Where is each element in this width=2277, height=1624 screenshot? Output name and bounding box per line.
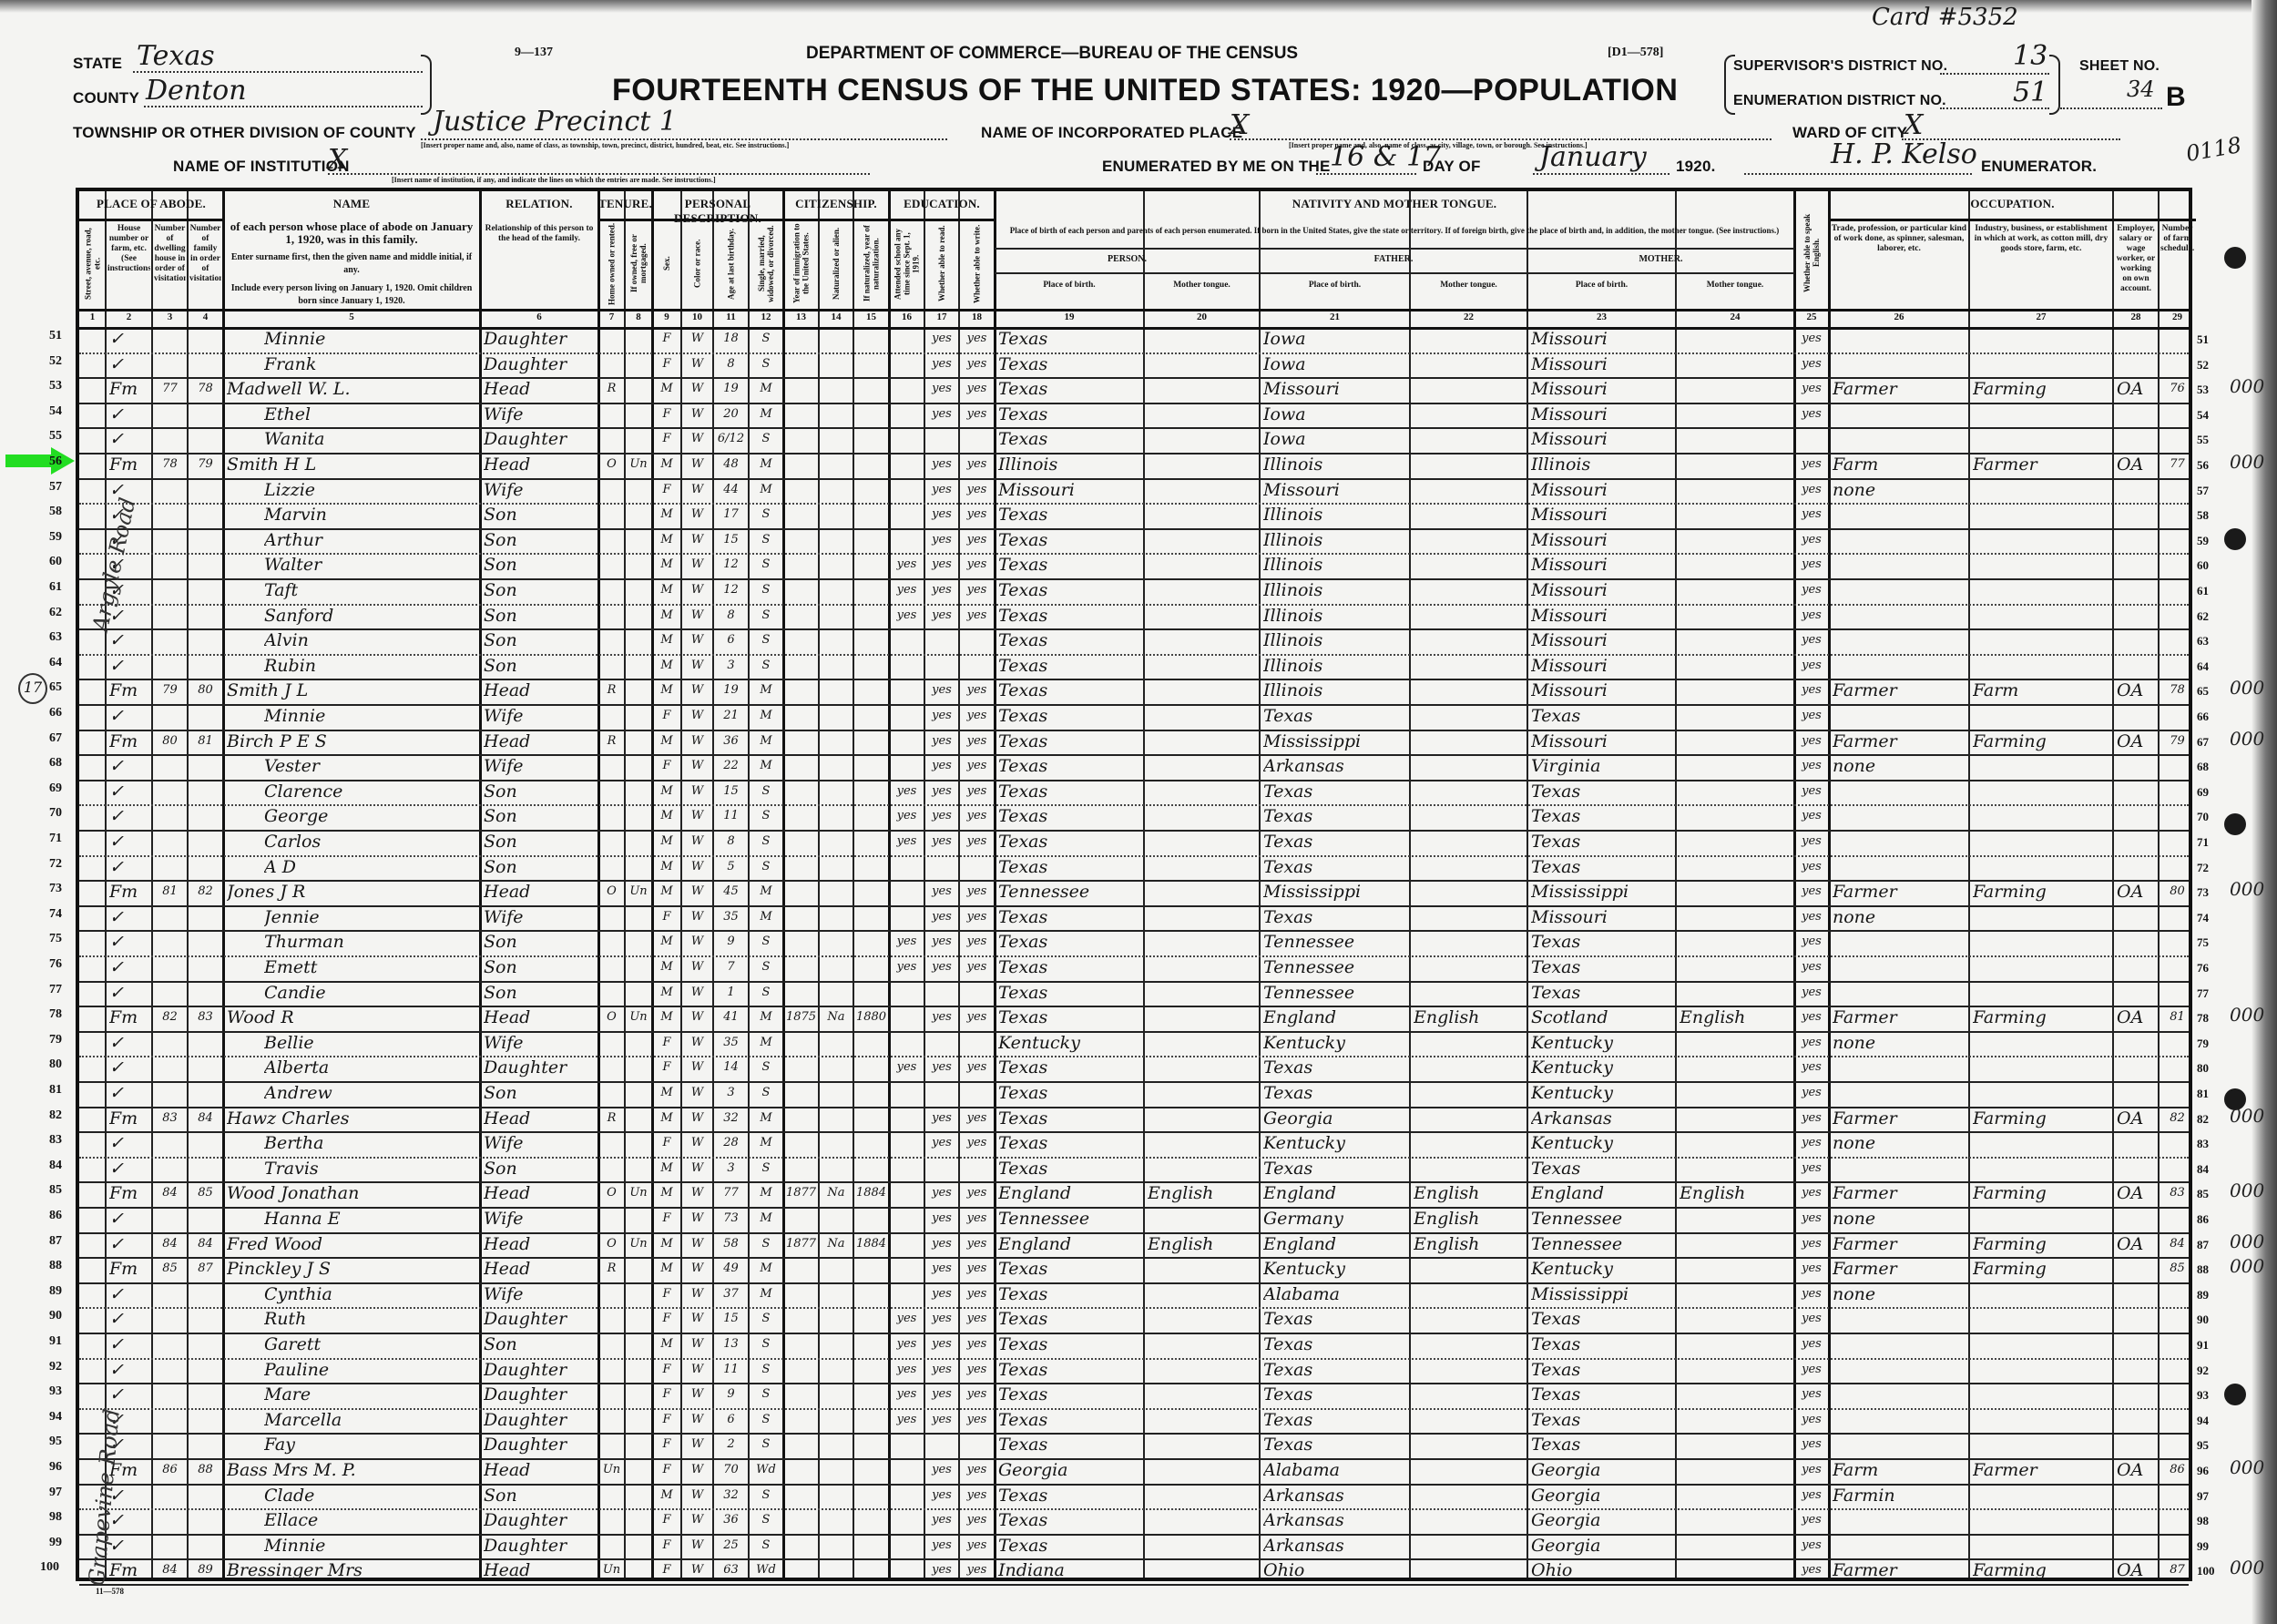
cell-sch: yes (889, 780, 924, 803)
table-row[interactable]: ✓EllaceDaughterFW36SyesyesTexasArkansasG… (79, 1508, 2189, 1534)
table-row[interactable]: Fm8688Bass Mrs M. P.HeadUnFW70WdyesyesGe… (79, 1458, 2189, 1484)
cell-sex: M (652, 855, 681, 879)
table-row[interactable]: ✓8484Fred WoodHeadOUnMW58S1877Na1884yesy… (79, 1232, 2189, 1258)
column-header: Number of dwelling house in order of vis… (154, 224, 186, 307)
cell-eng: yes (1794, 780, 1829, 803)
cell-fpob: Alabama (1263, 1282, 1410, 1306)
cell-emp: OA (2117, 1232, 2159, 1256)
row-number-right: 93 (2197, 1388, 2209, 1403)
row-number-right: 88 (2197, 1262, 2209, 1277)
cell-fpob: Iowa (1263, 327, 1410, 351)
table-row[interactable]: ✓EmettSonMW7SyesyesyesTexasTennesseeTexa… (79, 955, 2189, 981)
cell-mar: M (749, 754, 783, 778)
cell-race: W (681, 679, 713, 702)
cell-pob: Texas (998, 427, 1144, 451)
cell-pob: England (998, 1232, 1144, 1256)
cell-mort: Un (625, 1006, 652, 1029)
column-header: Place of birth. (1261, 281, 1408, 307)
cell-mar: S (749, 855, 783, 879)
cell-race: W (681, 1408, 713, 1432)
cell-house: ✓ (109, 804, 152, 828)
cell-dwell: 79 (152, 679, 188, 702)
cell-fpob: Arkansas (1263, 1534, 1410, 1558)
cell-eng: yes (1794, 1257, 1829, 1281)
cell-pob: Indiana (998, 1558, 1144, 1582)
cell-write: yes (959, 1282, 995, 1306)
cell-rel: Daughter (484, 1408, 598, 1432)
cell-rel: Son (484, 1157, 598, 1180)
cell-mar: M (749, 1107, 783, 1130)
farm-code-note: 000 (2230, 1105, 2264, 1127)
cell-age: 70 (713, 1458, 749, 1482)
cell-house: ✓ (109, 930, 152, 954)
cell-age: 48 (713, 453, 749, 476)
table-row[interactable]: ✓FrankDaughterFW8SyesyesTexasIowaMissour… (79, 352, 2189, 378)
incorporated-value: X (1230, 109, 1249, 141)
cell-fam: 82 (188, 880, 223, 904)
row-number-right: 89 (2197, 1288, 2209, 1302)
cell-read: yes (924, 1333, 959, 1356)
cell-emp: OA (2117, 880, 2159, 904)
cell-rel: Head (484, 1181, 598, 1205)
cell-fam: 84 (188, 1232, 223, 1256)
cell-name: Bellie (264, 1031, 480, 1055)
cell-mar: S (749, 1081, 783, 1105)
table-row[interactable]: Fm7879Smith H LHeadOUnMW48MyesyesIllinoi… (79, 453, 2189, 478)
cell-fpob: Texas (1263, 1333, 1410, 1356)
cell-rel: Daughter (484, 1383, 598, 1406)
cell-farm: 80 (2159, 880, 2196, 904)
cell-pob: Texas (998, 1307, 1144, 1331)
name-instruction-sub: Include every person living on January 1… (229, 282, 475, 307)
table-row[interactable]: ✓Hanna EWifeFW73MyesyesTennesseeGermanyE… (79, 1207, 2189, 1232)
sheet-suffix: B (2166, 82, 2186, 113)
cell-ind: Farming (1973, 880, 2113, 904)
cell-mar: S (749, 628, 783, 652)
cell-fpob: Mississippi (1263, 880, 1410, 904)
cell-age: 25 (713, 1534, 749, 1558)
table-row[interactable]: ✓GarettSonMW13SyesyesyesTexasTexasTexasy… (79, 1333, 2189, 1358)
cell-trade: Farmer (1833, 1558, 1969, 1582)
table-row[interactable]: ✓MinnieDaughterFW18SyesyesTexasIowaMisso… (79, 327, 2189, 352)
column-number: 12 (749, 312, 783, 322)
row-number-left: 70 (49, 806, 62, 821)
table-row[interactable]: ✓EthelWifeFW20MyesyesTexasIowaMissouriye… (79, 403, 2189, 428)
cell-name: Rubin (264, 654, 480, 678)
cell-rel: Son (484, 553, 598, 577)
cell-eng: yes (1794, 377, 1829, 401)
table-row[interactable]: ✓AlbertaDaughterFW14SyesyesyesTexasTexas… (79, 1056, 2189, 1081)
column-header: Trade, profession, or particular kind of… (1831, 224, 1967, 307)
cell-age: 9 (713, 930, 749, 954)
cell-rel: Head (484, 880, 598, 904)
cell-mar: M (749, 1131, 783, 1155)
table-row[interactable]: Fm8283Wood RHeadOUnMW41M1875Na1880yesyes… (79, 1006, 2189, 1031)
cell-fpob: Alabama (1263, 1458, 1410, 1482)
cell-ind: Farming (1973, 1107, 2113, 1130)
cell-fpob: Georgia (1263, 1107, 1410, 1130)
cell-age: 77 (713, 1181, 749, 1205)
table-row[interactable]: ✓AlvinSonMW6STexasIllinoisMissouriyes (79, 628, 2189, 654)
cell-race: W (681, 553, 713, 577)
table-row[interactable]: Fm8182Jones J RHeadOUnMW45MyesyesTenness… (79, 880, 2189, 905)
cell-mar: S (749, 1157, 783, 1180)
table-row[interactable]: Fm8081Birch P E SHeadRMW36MyesyesTexasMi… (79, 730, 2189, 755)
row-number-right: 75 (2197, 935, 2209, 950)
cell-sex: M (652, 880, 681, 904)
cell-rel: Head (484, 377, 598, 401)
cell-house: ✓ (109, 1282, 152, 1306)
cell-pob: Texas (998, 1383, 1144, 1406)
column-header: Whether able to speak English. (1796, 200, 1827, 305)
cell-race: W (681, 503, 713, 526)
column-header: Age at last birthday. (715, 222, 747, 305)
cell-pob: Georgia (998, 1458, 1144, 1482)
table-row[interactable]: ✓BerthaWifeFW28MyesyesTexasKentuckyKentu… (79, 1131, 2189, 1157)
table-row[interactable]: ✓MarcellaDaughterFW6SyesyesyesTexasTexas… (79, 1408, 2189, 1434)
column-number: 3 (152, 312, 188, 322)
cell-name: Wood R (227, 1006, 480, 1029)
cell-pob: Texas (998, 1333, 1144, 1356)
row-number-right: 73 (2197, 885, 2209, 900)
cell-imm: 1875 (783, 1006, 819, 1029)
cell-name: Minnie (264, 1534, 480, 1558)
row-number-right: 51 (2197, 332, 2209, 347)
cell-trade: none (1833, 1131, 1969, 1155)
row-number-left: 71 (49, 832, 62, 846)
cell-home: O (598, 880, 625, 904)
cell-write: yes (959, 352, 995, 376)
cell-house: ✓ (109, 1031, 152, 1055)
cell-mpob: Georgia (1531, 1508, 1676, 1532)
cell-write: yes (959, 1131, 995, 1155)
table-row[interactable]: ✓CladeSonMW32SyesyesTexasArkansasGeorgia… (79, 1484, 2189, 1509)
table-row[interactable]: ✓JennieWifeFW35MyesyesTexasTexasMissouri… (79, 905, 2189, 931)
column-number: 13 (783, 312, 819, 322)
cell-sex: M (652, 503, 681, 526)
cell-fpob: Arkansas (1263, 1508, 1410, 1532)
cell-trade: none (1833, 754, 1969, 778)
table-row[interactable]: ✓CarlosSonMW8SyesyesyesTexasTexasTexasye… (79, 830, 2189, 855)
table-row[interactable]: ✓A DSonMW5STexasTexasTexasyes (79, 855, 2189, 881)
cell-emp: OA (2117, 1006, 2159, 1029)
cell-age: 36 (713, 730, 749, 753)
cell-mpob: Kentucky (1531, 1081, 1676, 1105)
cell-pob: Texas (998, 1107, 1144, 1130)
cell-name: Candie (264, 981, 480, 1005)
table-row[interactable]: Fm7980Smith J LHeadRMW19MyesyesTexasIlli… (79, 679, 2189, 704)
table-row[interactable]: ✓FayDaughterFW2STexasTexasTexasyes (79, 1433, 2189, 1458)
cell-mar: M (749, 679, 783, 702)
table-row[interactable]: ✓WalterSonMW12SyesyesyesTexasIllinoisMis… (79, 553, 2189, 578)
cell-mpob: Texas (1531, 1358, 1676, 1382)
cell-write: yes (959, 1534, 995, 1558)
cell-name: Fred Wood (227, 1232, 480, 1256)
cell-mpob: Scotland (1531, 1006, 1676, 1029)
cell-age: 35 (713, 1031, 749, 1055)
cell-nat: Na (819, 1181, 853, 1205)
cell-trade: Farmer (1833, 1232, 1969, 1256)
cell-rel: Daughter (484, 1433, 598, 1456)
table-row[interactable]: ✓CynthiaWifeFW37MyesyesTexasAlabamaMissi… (79, 1282, 2189, 1308)
cell-mar: S (749, 654, 783, 678)
table-row[interactable]: ✓RubinSonMW3STexasIllinoisMissouriyes (79, 654, 2189, 679)
cell-ind: Farming (1973, 1257, 2113, 1281)
table-row[interactable]: ✓TravisSonMW3STexasTexasTexasyes (79, 1157, 2189, 1182)
cell-pob: Texas (998, 1056, 1144, 1079)
cell-write: yes (959, 955, 995, 979)
column-number: 16 (889, 312, 924, 322)
cell-mar: M (749, 1031, 783, 1055)
cell-mpob: Texas (1531, 1333, 1676, 1356)
cell-fpob: Kentucky (1263, 1257, 1410, 1281)
cell-fam: 81 (188, 730, 223, 753)
cell-mpob: Georgia (1531, 1458, 1676, 1482)
cell-race: W (681, 1282, 713, 1306)
cell-race: W (681, 1257, 713, 1281)
cell-eng: yes (1794, 754, 1829, 778)
cell-eng: yes (1794, 1232, 1829, 1256)
cell-sex: M (652, 628, 681, 652)
table-row[interactable]: ✓CandieSonMW1STexasTennesseeTexasyes (79, 981, 2189, 1006)
township-label: Township or other division of county (73, 124, 416, 142)
cell-rel: Wife (484, 1031, 598, 1055)
cell-mort: Un (625, 1181, 652, 1205)
row-number-left: 65 (49, 680, 62, 695)
cell-mpob: Missouri (1531, 352, 1676, 376)
cell-read: yes (924, 578, 959, 602)
table-row[interactable]: Fm8587Pinckley J SHeadRMW49MyesyesTexasK… (79, 1257, 2189, 1282)
row-number-left: 88 (49, 1259, 62, 1273)
table-row[interactable]: ✓GeorgeSonMW11SyesyesyesTexasTexasTexasy… (79, 804, 2189, 830)
enumerated-label: Enumerated by me on the (1102, 158, 1331, 176)
column-number: 5 (223, 312, 480, 322)
cell-eng: yes (1794, 955, 1829, 979)
enumeration-value: 51 (2013, 77, 2047, 108)
circled-mark: 17 (18, 673, 47, 704)
row-number-right: 70 (2197, 810, 2209, 824)
cell-race: W (681, 704, 713, 728)
cell-home: R (598, 377, 625, 401)
cell-pob: Texas (998, 804, 1144, 828)
enumerated-day-underline (1316, 173, 1416, 175)
cell-sex: F (652, 1408, 681, 1432)
table-row[interactable]: ✓WanitaDaughterFW6/12STexasIowaMissouri (79, 427, 2189, 453)
table-row[interactable]: ✓MinnieWifeFW21MyesyesTexasTexasTexasyes (79, 704, 2189, 730)
cell-mar: M (749, 377, 783, 401)
cell-age: 17 (713, 503, 749, 526)
cell-race: W (681, 1333, 713, 1356)
cell-mpob: Missouri (1531, 478, 1676, 502)
cell-name: Minnie (264, 327, 480, 351)
row-number-left: 97 (49, 1486, 62, 1500)
cell-natyr: 1884 (853, 1181, 889, 1205)
cell-pob: Texas (998, 1157, 1144, 1180)
cell-ind: Farming (1973, 1006, 2113, 1029)
cell-rel: Daughter (484, 427, 598, 451)
cell-write: yes (959, 880, 995, 904)
cell-read: yes (924, 1257, 959, 1281)
cell-house: Fm (109, 1006, 152, 1029)
table-row[interactable]: ✓BellieWifeFW35MKentuckyKentuckyKentucky… (79, 1031, 2189, 1057)
table-row[interactable]: ✓LizzieWifeFW44MyesyesMissouriMissouriMi… (79, 478, 2189, 504)
corner-note: 0118 (2184, 132, 2243, 167)
farm-code-note: 000 (2230, 451, 2264, 473)
highlight-arrow-icon (5, 447, 75, 475)
cell-trade: Farm (1833, 1458, 1969, 1482)
column-header-name: of each person whose place of abode on J… (229, 220, 475, 307)
table-row[interactable]: ✓MareDaughterFW9SyesyesyesTexasTexasTexa… (79, 1383, 2189, 1408)
cell-mar: S (749, 1056, 783, 1079)
row-number-left: 62 (49, 606, 62, 620)
row-number-right: 90 (2197, 1312, 2209, 1327)
cell-name: Ruth (264, 1307, 480, 1331)
cell-sch: yes (889, 955, 924, 979)
table-row[interactable]: ✓AndrewSonMW3STexasTexasKentuckyyes (79, 1081, 2189, 1107)
cell-house: ✓ (109, 1383, 152, 1406)
cell-race: W (681, 1307, 713, 1331)
column-header: If owned, free or mortgaged. (627, 222, 650, 305)
column-header: Attended school any time since Sept. 1, … (891, 222, 923, 305)
nativity-subgroup: MOTHER. (1527, 254, 1794, 264)
row-number-right: 63 (2197, 634, 2209, 649)
cell-fpob: Kentucky (1263, 1031, 1410, 1055)
column-header: House number or farm, etc. (See instruct… (107, 224, 150, 307)
row-number-right: 65 (2197, 684, 2209, 699)
table-row[interactable]: Fm8485Wood JonathanHeadOUnMW77M1877Na188… (79, 1181, 2189, 1207)
table-row[interactable]: ✓MarvinSonMW17SyesyesTexasIllinoisMissou… (79, 503, 2189, 528)
table-row[interactable]: ✓MinnieDaughterFW25SyesyesTexasArkansasG… (79, 1534, 2189, 1559)
cell-house: ✓ (109, 1081, 152, 1105)
bottom-code: 11—578 (96, 1587, 124, 1596)
township-value: Justice Precinct 1 (433, 106, 677, 138)
cell-fpob: Illinois (1263, 553, 1410, 577)
institution-label: Name of Institution (173, 158, 350, 176)
cell-mpob: Virginia (1531, 754, 1676, 778)
column-header: Mother tongue. (1412, 281, 1526, 307)
cell-house: Fm (109, 730, 152, 753)
cell-race: W (681, 427, 713, 451)
row-number-right: 71 (2197, 835, 2209, 850)
cell-name: Madwell W. L. (227, 377, 480, 401)
name-instruction-sub: Enter surname first, then the given name… (229, 251, 475, 277)
cell-trade: Farmer (1833, 1181, 1969, 1205)
table-row[interactable]: Fm8384Hawz CharlesHeadRMW32MyesyesTexasG… (79, 1107, 2189, 1132)
cell-eng: yes (1794, 830, 1829, 853)
table-row[interactable]: ✓ThurmanSonMW9SyesyesyesTexasTennesseeTe… (79, 930, 2189, 955)
column-header: Whether able to write. (961, 222, 993, 305)
cell-fpob: England (1263, 1006, 1410, 1029)
cell-eng: yes (1794, 1207, 1829, 1231)
cell-pob: Texas (998, 1006, 1144, 1029)
cell-race: W (681, 981, 713, 1005)
cell-mpob: Missouri (1531, 628, 1676, 652)
table-row[interactable]: ✓ClarenceSonMW15SyesyesyesTexasTexasTexa… (79, 780, 2189, 805)
cell-mpob: Kentucky (1531, 1031, 1676, 1055)
cell-mar: M (749, 478, 783, 502)
cell-eng: yes (1794, 1006, 1829, 1029)
row-number-right: 87 (2197, 1238, 2209, 1252)
cell-eng: yes (1794, 1181, 1829, 1205)
table-row[interactable]: Fm7778Madwell W. L.HeadRMW19MyesyesTexas… (79, 377, 2189, 403)
cell-farm: 85 (2159, 1257, 2196, 1281)
cell-write: yes (959, 1056, 995, 1079)
cell-rel: Daughter (484, 327, 598, 351)
cell-mar: S (749, 1484, 783, 1507)
cell-pob: Texas (998, 553, 1144, 577)
cell-read: yes (924, 1282, 959, 1306)
cell-name: Mare (264, 1383, 480, 1406)
cell-fam: 78 (188, 377, 223, 401)
cell-read: yes (924, 1383, 959, 1406)
row-number-left: 76 (49, 957, 62, 972)
table-row[interactable]: ✓VesterWifeFW22MyesyesTexasArkansasVirgi… (79, 754, 2189, 780)
table-row[interactable]: ✓TaftSonMW12SyesyesyesTexasIllinoisMisso… (79, 578, 2189, 604)
cell-write: yes (959, 377, 995, 401)
cell-eng: yes (1794, 628, 1829, 652)
farm-code-note: 000 (2230, 1231, 2264, 1252)
table-row[interactable]: ✓RuthDaughterFW15SyesyesyesTexasTexasTex… (79, 1307, 2189, 1333)
cell-race: W (681, 930, 713, 954)
cell-trade: none (1833, 905, 1969, 929)
farm-code-note: 000 (2230, 1456, 2264, 1478)
cell-fam: 80 (188, 679, 223, 702)
table-row[interactable]: ✓PaulineDaughterFW11SyesyesyesTexasTexas… (79, 1358, 2189, 1384)
table-row[interactable]: ✓ArthurSonMW15SyesyesTexasIllinoisMissou… (79, 528, 2189, 554)
cell-race: W (681, 1081, 713, 1105)
row-number-right: 85 (2197, 1187, 2209, 1201)
column-group-header: CITIZENSHIP. (783, 197, 889, 211)
column-group-header: TENURE. (598, 197, 652, 211)
row-number-left: 85 (49, 1183, 62, 1198)
cell-fpob: Texas (1263, 905, 1410, 929)
cell-fmt: English (1414, 1207, 1527, 1231)
farm-code-note: 000 (2230, 1004, 2264, 1026)
cell-read: yes (924, 704, 959, 728)
row-number-right: 99 (2197, 1539, 2209, 1554)
cell-sex: M (652, 1006, 681, 1029)
cell-fpob: England (1263, 1181, 1410, 1205)
cell-race: W (681, 1107, 713, 1130)
cell-read: yes (924, 930, 959, 954)
cell-mpob: Missouri (1531, 503, 1676, 526)
cell-sch: yes (889, 604, 924, 628)
cell-sch: yes (889, 1383, 924, 1406)
cell-rel: Son (484, 830, 598, 853)
row-number-left: 98 (49, 1510, 62, 1525)
table-row[interactable]: Fm8489Bressinger MrsHeadUnFW63WdyesyesIn… (79, 1558, 2189, 1584)
cell-name: Alberta (264, 1056, 480, 1079)
cell-name: Smith J L (227, 679, 480, 702)
sheet-underline (2060, 107, 2162, 109)
cell-mar: S (749, 955, 783, 979)
column-group-header: PLACE OF ABODE. (79, 197, 223, 211)
table-row[interactable]: ✓SanfordSonMW8SyesyesyesTexasIllinoisMis… (79, 604, 2189, 629)
cell-ind: Farming (1973, 1181, 2113, 1205)
cell-write: yes (959, 578, 995, 602)
row-number-left: 74 (49, 907, 62, 922)
cell-fpob: Tennessee (1263, 955, 1410, 979)
cell-ind: Farming (1973, 377, 2113, 401)
column-header: Whether able to read. (926, 222, 957, 305)
cell-mpob: Missouri (1531, 553, 1676, 577)
cell-fpob: Texas (1263, 1307, 1410, 1331)
cell-dwell: 84 (152, 1232, 188, 1256)
cell-sex: M (652, 1081, 681, 1105)
cell-sex: F (652, 1534, 681, 1558)
row-number-right: 57 (2197, 484, 2209, 498)
cell-home: Un (598, 1558, 625, 1582)
